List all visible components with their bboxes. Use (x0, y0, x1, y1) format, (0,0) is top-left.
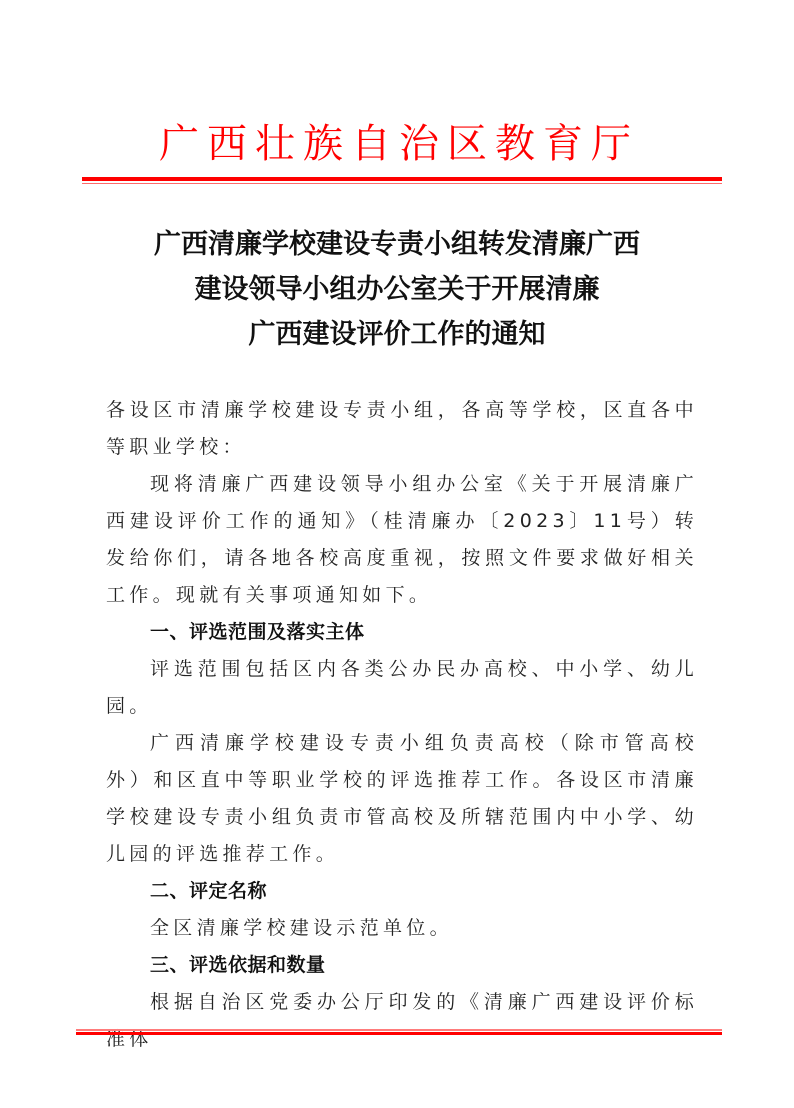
header-red-rule-thin (82, 183, 722, 184)
section-heading-basis-quantity: 三、评选依据和数量 (106, 947, 698, 984)
issuing-organization-header: 广西壮族自治区教育厅 (0, 116, 794, 172)
document-title-line-2: 建设领导小组办公室关于开展清廉 (0, 267, 794, 312)
paragraph-award-name: 全区清廉学校建设示范单位。 (106, 910, 698, 947)
paragraph-responsibility: 广西清廉学校建设专责小组负责高校（除市管高校外）和区直中等职业学校的评选推荐工作… (106, 725, 698, 873)
intro-paragraph: 现将清廉广西建设领导小组办公室《关于开展清廉广西建设评价工作的通知》（桂清廉办〔… (106, 466, 698, 614)
document-title: 广西清廉学校建设专责小组转发清廉广西 建设领导小组办公室关于开展清廉 广西建设评… (0, 222, 794, 357)
document-page: 广西壮族自治区教育厅 广西清廉学校建设专责小组转发清廉广西 建设领导小组办公室关… (0, 0, 794, 1108)
paragraph-basis: 根据自治区党委办公厅印发的《清廉广西建设评价标准体 (106, 984, 698, 1058)
header-red-rule-thick (82, 177, 722, 181)
document-title-line-3: 广西建设评价工作的通知 (0, 312, 794, 357)
document-body: 各设区市清廉学校建设专责小组，各高等学校，区直各中等职业学校： 现将清廉广西建设… (106, 392, 698, 1058)
footer-red-rule-thick (76, 1032, 722, 1035)
paragraph-scope: 评选范围包括区内各类公办民办高校、中小学、幼儿园。 (106, 651, 698, 725)
document-title-line-1: 广西清廉学校建设专责小组转发清廉广西 (0, 222, 794, 267)
section-heading-award-name: 二、评定名称 (106, 873, 698, 910)
footer-red-rule-thin (76, 1029, 722, 1031)
addressee-paragraph: 各设区市清廉学校建设专责小组，各高等学校，区直各中等职业学校： (106, 392, 698, 466)
section-heading-scope: 一、评选范围及落实主体 (106, 614, 698, 651)
